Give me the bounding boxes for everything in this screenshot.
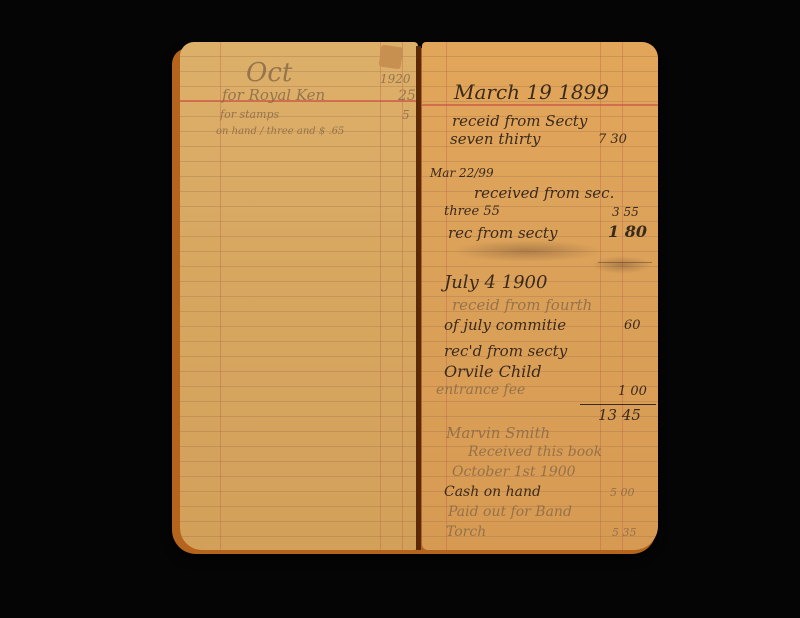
entry-amount: 7 30 [598, 132, 627, 147]
entry-text: three 55 [444, 204, 500, 219]
entry-date: Mar 22/99 [430, 166, 494, 180]
entry-text: rec'd from secty [444, 342, 567, 360]
entry-text: Torch [446, 524, 486, 540]
strike-line [598, 262, 652, 263]
entry-text: Orvile Child [444, 362, 542, 381]
ruled-lines [180, 42, 418, 550]
entry-text: for Royal Ken [222, 86, 325, 104]
entry-text: rec from secty [448, 224, 557, 242]
entry-amount: 3 55 [612, 205, 639, 219]
right-page: March 19 1899 receid from Secty seven th… [422, 42, 658, 550]
margin-line [446, 42, 447, 550]
entry-text: Cash on hand [444, 484, 541, 500]
amount-column-line [600, 42, 601, 550]
entry-text: Oct [246, 58, 292, 88]
entry-amount: 5 00 [610, 486, 635, 499]
entry-text: receid from fourth [452, 296, 592, 314]
entry-text: for stamps [220, 108, 279, 121]
entry-text: Marvin Smith [446, 424, 550, 442]
entry-text: received from sec. [474, 184, 614, 202]
corner-number: 1920 [380, 72, 411, 86]
paper-tab [379, 45, 404, 70]
entry-amount: 25 [398, 88, 416, 104]
entry-text: October 1st 1900 [452, 464, 576, 480]
entry-text: receid from Secty [452, 112, 587, 130]
spine [416, 46, 421, 550]
amount-column-line [622, 42, 623, 550]
left-page: Oct 1920 for Royal Ken 25 for stamps 5 o… [180, 42, 418, 550]
entry-amount: 1 00 [618, 384, 647, 399]
entry-amount: 5 35 [612, 526, 637, 539]
ledger-notebook: Oct 1920 for Royal Ken 25 for stamps 5 o… [172, 42, 662, 557]
ink-smudge [592, 256, 652, 274]
total-amount: 13 45 [598, 406, 641, 424]
entry-date: March 19 1899 [454, 80, 609, 104]
entry-amount: 5 [402, 108, 410, 122]
entry-text: on hand / three and $ .65 [216, 126, 344, 137]
entry-text: Received this book [468, 444, 602, 460]
entry-date: July 4 1900 [444, 272, 547, 293]
amount-column-line [380, 42, 381, 550]
entry-text: seven thirty [450, 130, 541, 148]
entry-text: entrance fee [436, 382, 525, 398]
ink-smudge [452, 240, 602, 262]
entry-text: of july commitie [444, 316, 566, 334]
entry-amount: 60 [624, 318, 641, 333]
entry-amount: 1 80 [608, 222, 647, 241]
entry-text: Paid out for Band [448, 504, 572, 520]
total-line [580, 404, 656, 405]
